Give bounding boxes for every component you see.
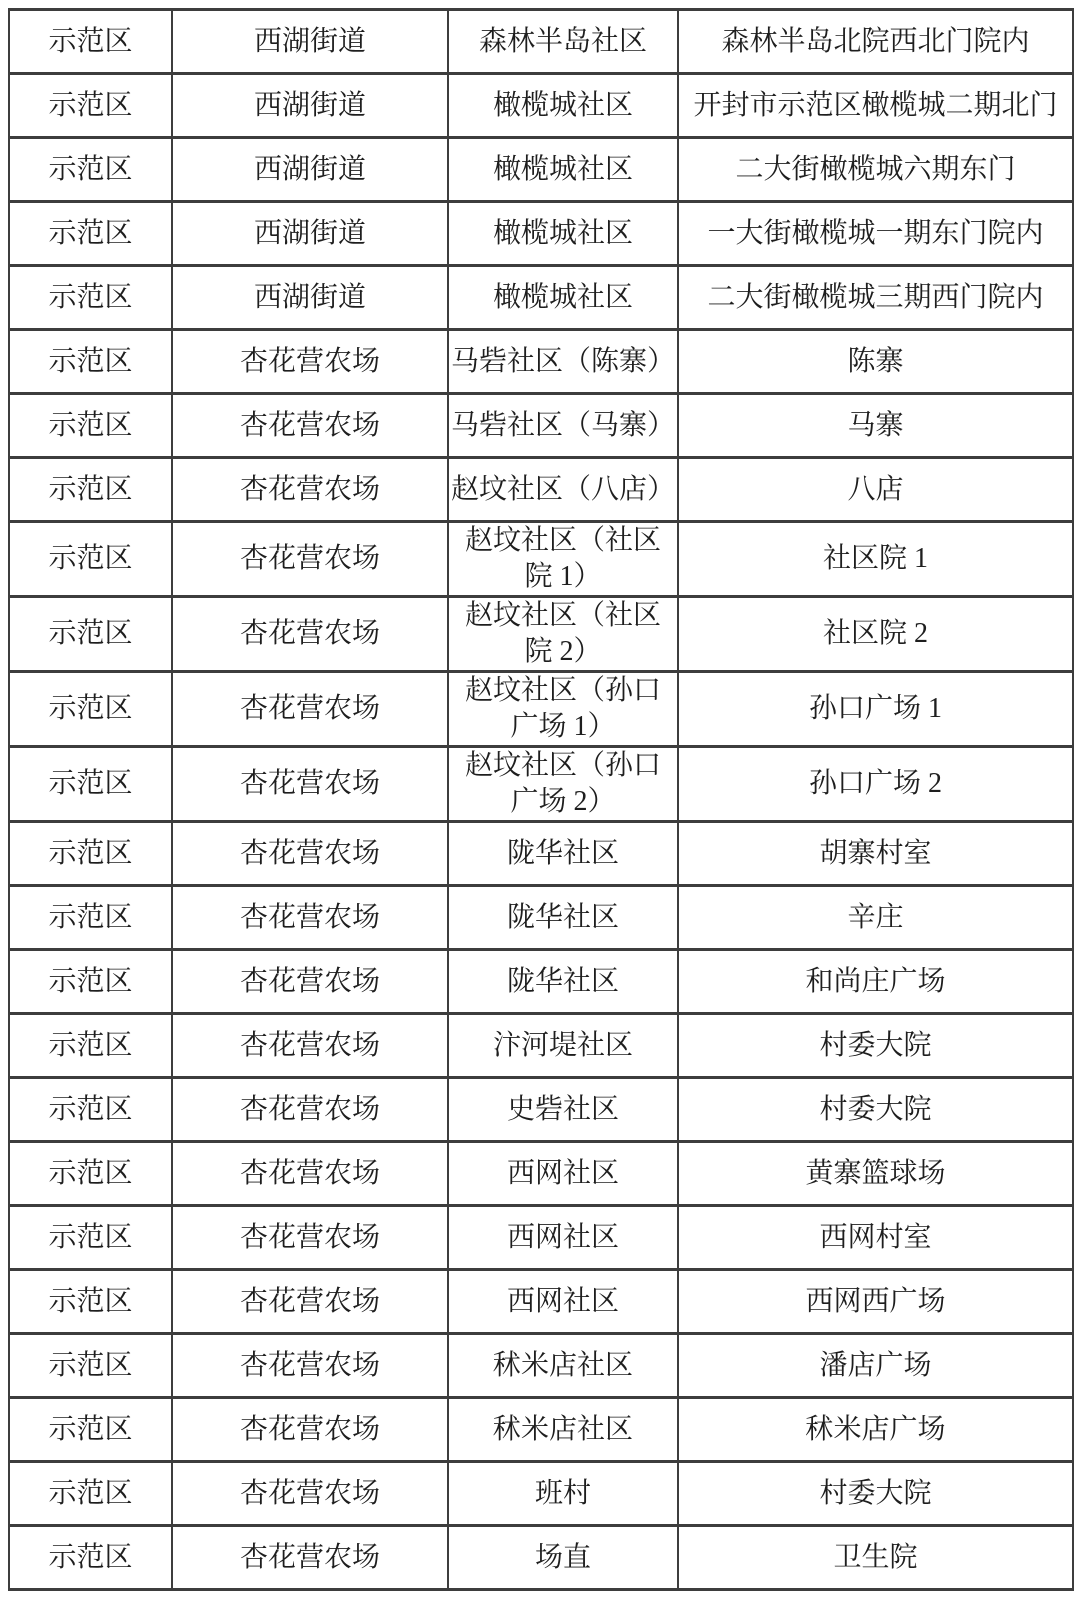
cell-site: 村委大院 bbox=[678, 1462, 1073, 1526]
cell-community: 班村 bbox=[448, 1462, 678, 1526]
cell-site: 二大街橄榄城六期东门 bbox=[678, 138, 1073, 202]
cell-district: 示范区 bbox=[9, 1206, 172, 1270]
cell-site: 胡寨村室 bbox=[678, 822, 1073, 886]
cell-street: 杏花营农场 bbox=[172, 1014, 448, 1078]
cell-street: 杏花营农场 bbox=[172, 886, 448, 950]
cell-street: 杏花营农场 bbox=[172, 394, 448, 458]
cell-site: 和尚庄广场 bbox=[678, 950, 1073, 1014]
cell-site: 秫米店广场 bbox=[678, 1398, 1073, 1462]
cell-community: 赵坟社区（孙口 广场 1） bbox=[448, 672, 678, 747]
cell-street: 杏花营农场 bbox=[172, 950, 448, 1014]
cell-community: 橄榄城社区 bbox=[448, 138, 678, 202]
cell-street: 西湖街道 bbox=[172, 138, 448, 202]
cell-street: 西湖街道 bbox=[172, 202, 448, 266]
cell-street: 杏花营农场 bbox=[172, 747, 448, 822]
table-row: 示范区 杏花营农场 史砦社区 村委大院 bbox=[9, 1078, 1073, 1142]
cell-street: 杏花营农场 bbox=[172, 330, 448, 394]
cell-site: 八店 bbox=[678, 458, 1073, 522]
cell-street: 杏花营农场 bbox=[172, 1526, 448, 1590]
page-body: { "colors": { "border": "#3d3d3d", "text… bbox=[0, 0, 1080, 1610]
cell-community: 秫米店社区 bbox=[448, 1334, 678, 1398]
locations-table: 示范区 西湖街道 森林半岛社区 森林半岛北院西北门院内 示范区 西湖街道 橄榄城… bbox=[8, 8, 1074, 1591]
table-row: 示范区 杏花营农场 秫米店社区 秫米店广场 bbox=[9, 1398, 1073, 1462]
cell-community: 陇华社区 bbox=[448, 950, 678, 1014]
table-row: 示范区 西湖街道 橄榄城社区 二大街橄榄城三期西门院内 bbox=[9, 266, 1073, 330]
cell-community: 赵坟社区（社区 院 1） bbox=[448, 522, 678, 597]
cell-site: 社区院 1 bbox=[678, 522, 1073, 597]
table-row: 示范区 杏花营农场 陇华社区 胡寨村室 bbox=[9, 822, 1073, 886]
cell-street: 西湖街道 bbox=[172, 10, 448, 74]
cell-site: 卫生院 bbox=[678, 1526, 1073, 1590]
cell-site: 西网村室 bbox=[678, 1206, 1073, 1270]
cell-site: 村委大院 bbox=[678, 1078, 1073, 1142]
document-page: 示范区 西湖街道 森林半岛社区 森林半岛北院西北门院内 示范区 西湖街道 橄榄城… bbox=[0, 0, 1080, 1591]
cell-community: 陇华社区 bbox=[448, 886, 678, 950]
cell-community: 马砦社区（马寨） bbox=[448, 394, 678, 458]
table-row: 示范区 杏花营农场 陇华社区 和尚庄广场 bbox=[9, 950, 1073, 1014]
table-row: 示范区 杏花营农场 赵坟社区（孙口 广场 2） 孙口广场 2 bbox=[9, 747, 1073, 822]
cell-district: 示范区 bbox=[9, 950, 172, 1014]
cell-district: 示范区 bbox=[9, 522, 172, 597]
cell-district: 示范区 bbox=[9, 1526, 172, 1590]
cell-district: 示范区 bbox=[9, 1014, 172, 1078]
cell-district: 示范区 bbox=[9, 597, 172, 672]
cell-street: 杏花营农场 bbox=[172, 522, 448, 597]
cell-community: 马砦社区（陈寨） bbox=[448, 330, 678, 394]
cell-community: 橄榄城社区 bbox=[448, 74, 678, 138]
cell-community: 史砦社区 bbox=[448, 1078, 678, 1142]
locations-table-body: 示范区 西湖街道 森林半岛社区 森林半岛北院西北门院内 示范区 西湖街道 橄榄城… bbox=[9, 10, 1073, 1590]
table-row: 示范区 西湖街道 橄榄城社区 一大街橄榄城一期东门院内 bbox=[9, 202, 1073, 266]
cell-district: 示范区 bbox=[9, 138, 172, 202]
cell-district: 示范区 bbox=[9, 10, 172, 74]
table-row: 示范区 杏花营农场 赵坟社区（社区 院 2） 社区院 2 bbox=[9, 597, 1073, 672]
cell-community: 橄榄城社区 bbox=[448, 202, 678, 266]
cell-site: 孙口广场 2 bbox=[678, 747, 1073, 822]
cell-street: 杏花营农场 bbox=[172, 1270, 448, 1334]
cell-street: 杏花营农场 bbox=[172, 1398, 448, 1462]
cell-community: 赵坟社区（孙口 广场 2） bbox=[448, 747, 678, 822]
table-row: 示范区 西湖街道 森林半岛社区 森林半岛北院西北门院内 bbox=[9, 10, 1073, 74]
cell-district: 示范区 bbox=[9, 266, 172, 330]
cell-district: 示范区 bbox=[9, 672, 172, 747]
cell-community: 西网社区 bbox=[448, 1142, 678, 1206]
cell-community: 西网社区 bbox=[448, 1270, 678, 1334]
cell-community: 赵坟社区（社区 院 2） bbox=[448, 597, 678, 672]
cell-district: 示范区 bbox=[9, 330, 172, 394]
cell-community: 陇华社区 bbox=[448, 822, 678, 886]
table-row: 示范区 杏花营农场 赵坟社区（八店） 八店 bbox=[9, 458, 1073, 522]
cell-district: 示范区 bbox=[9, 822, 172, 886]
table-row: 示范区 杏花营农场 西网社区 西网西广场 bbox=[9, 1270, 1073, 1334]
cell-community: 秫米店社区 bbox=[448, 1398, 678, 1462]
cell-street: 西湖街道 bbox=[172, 74, 448, 138]
table-row: 示范区 杏花营农场 西网社区 黄寨篮球场 bbox=[9, 1142, 1073, 1206]
cell-district: 示范区 bbox=[9, 886, 172, 950]
cell-community: 森林半岛社区 bbox=[448, 10, 678, 74]
cell-street: 杏花营农场 bbox=[172, 1142, 448, 1206]
cell-street: 杏花营农场 bbox=[172, 1334, 448, 1398]
cell-district: 示范区 bbox=[9, 394, 172, 458]
cell-district: 示范区 bbox=[9, 74, 172, 138]
cell-street: 杏花营农场 bbox=[172, 1206, 448, 1270]
table-row: 示范区 杏花营农场 班村 村委大院 bbox=[9, 1462, 1073, 1526]
cell-community: 汴河堤社区 bbox=[448, 1014, 678, 1078]
cell-street: 杏花营农场 bbox=[172, 672, 448, 747]
cell-site: 黄寨篮球场 bbox=[678, 1142, 1073, 1206]
cell-district: 示范区 bbox=[9, 1270, 172, 1334]
table-row: 示范区 杏花营农场 马砦社区（马寨） 马寨 bbox=[9, 394, 1073, 458]
cell-street: 杏花营农场 bbox=[172, 458, 448, 522]
cell-street: 杏花营农场 bbox=[172, 822, 448, 886]
table-row: 示范区 杏花营农场 陇华社区 辛庄 bbox=[9, 886, 1073, 950]
cell-community: 赵坟社区（八店） bbox=[448, 458, 678, 522]
table-row: 示范区 杏花营农场 马砦社区（陈寨） 陈寨 bbox=[9, 330, 1073, 394]
cell-site: 马寨 bbox=[678, 394, 1073, 458]
cell-site: 森林半岛北院西北门院内 bbox=[678, 10, 1073, 74]
cell-site: 二大街橄榄城三期西门院内 bbox=[678, 266, 1073, 330]
cell-district: 示范区 bbox=[9, 458, 172, 522]
cell-community: 西网社区 bbox=[448, 1206, 678, 1270]
cell-site: 开封市示范区橄榄城二期北门 bbox=[678, 74, 1073, 138]
cell-site: 村委大院 bbox=[678, 1014, 1073, 1078]
cell-street: 杏花营农场 bbox=[172, 1078, 448, 1142]
table-row: 示范区 西湖街道 橄榄城社区 二大街橄榄城六期东门 bbox=[9, 138, 1073, 202]
table-row: 示范区 杏花营农场 赵坟社区（社区 院 1） 社区院 1 bbox=[9, 522, 1073, 597]
cell-district: 示范区 bbox=[9, 1078, 172, 1142]
table-row: 示范区 杏花营农场 汴河堤社区 村委大院 bbox=[9, 1014, 1073, 1078]
cell-community: 场直 bbox=[448, 1526, 678, 1590]
cell-site: 潘店广场 bbox=[678, 1334, 1073, 1398]
cell-community: 橄榄城社区 bbox=[448, 266, 678, 330]
cell-site: 一大街橄榄城一期东门院内 bbox=[678, 202, 1073, 266]
cell-site: 孙口广场 1 bbox=[678, 672, 1073, 747]
cell-street: 杏花营农场 bbox=[172, 597, 448, 672]
table-row: 示范区 杏花营农场 赵坟社区（孙口 广场 1） 孙口广场 1 bbox=[9, 672, 1073, 747]
cell-site: 社区院 2 bbox=[678, 597, 1073, 672]
cell-street: 西湖街道 bbox=[172, 266, 448, 330]
cell-street: 杏花营农场 bbox=[172, 1462, 448, 1526]
table-row: 示范区 杏花营农场 西网社区 西网村室 bbox=[9, 1206, 1073, 1270]
table-row: 示范区 杏花营农场 场直 卫生院 bbox=[9, 1526, 1073, 1590]
cell-district: 示范区 bbox=[9, 1398, 172, 1462]
cell-district: 示范区 bbox=[9, 202, 172, 266]
cell-district: 示范区 bbox=[9, 1142, 172, 1206]
table-row: 示范区 西湖街道 橄榄城社区 开封市示范区橄榄城二期北门 bbox=[9, 74, 1073, 138]
cell-district: 示范区 bbox=[9, 1334, 172, 1398]
cell-site: 辛庄 bbox=[678, 886, 1073, 950]
table-row: 示范区 杏花营农场 秫米店社区 潘店广场 bbox=[9, 1334, 1073, 1398]
cell-site: 西网西广场 bbox=[678, 1270, 1073, 1334]
cell-district: 示范区 bbox=[9, 1462, 172, 1526]
cell-district: 示范区 bbox=[9, 747, 172, 822]
cell-site: 陈寨 bbox=[678, 330, 1073, 394]
